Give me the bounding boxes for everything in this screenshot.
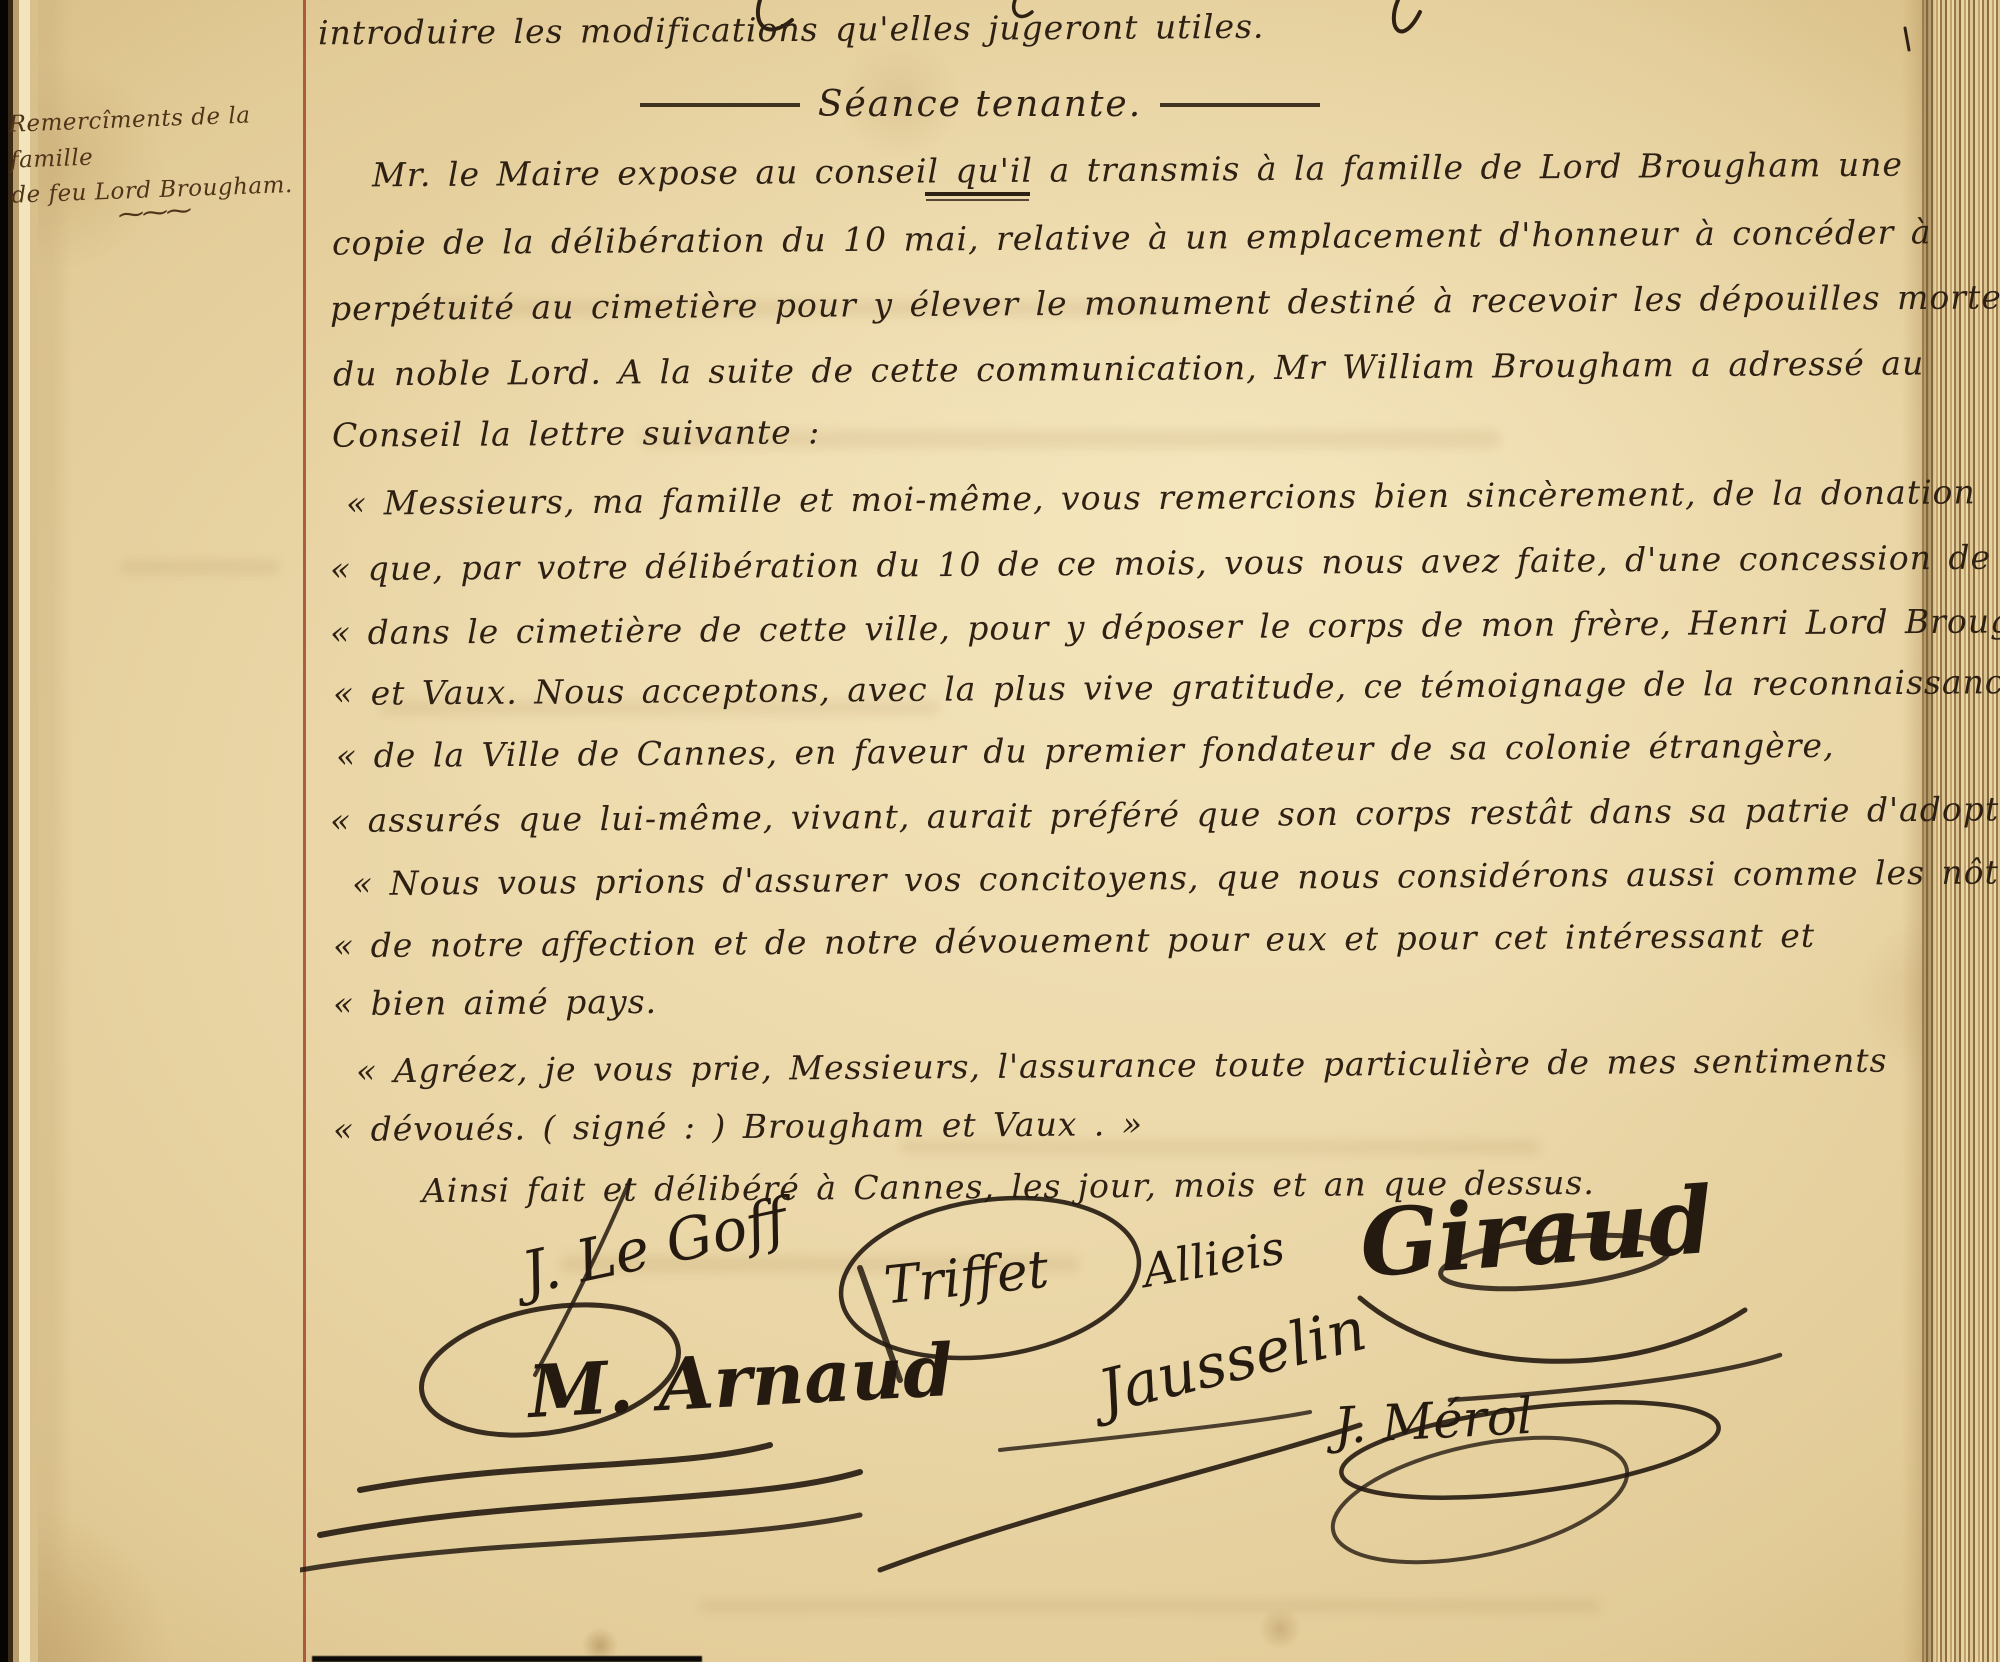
- manuscript-line: perpétuité au cimetière pour y élever le…: [330, 277, 2000, 328]
- book-binding-edge: [0, 0, 72, 1662]
- margin-rule: [303, 0, 306, 1662]
- signature: J. Mérol: [1333, 1387, 1534, 1455]
- signature: Triffet: [881, 1240, 1051, 1317]
- section-heading-label: Séance tenante.: [818, 84, 1142, 125]
- manuscript-line: « dans le cimetière de cette ville, pour…: [330, 601, 2000, 652]
- heading-rule-left: [640, 103, 800, 107]
- manuscript-line: « de la Ville de Cannes, en faveur du pr…: [336, 726, 1835, 775]
- bleed-through-smudge: [120, 560, 280, 574]
- manuscript-line: introduire les modifications qu'elles ju…: [318, 7, 1265, 53]
- margin-note-flourish: ⁓⁓⁓: [117, 196, 191, 231]
- manuscript-line: « assurés que lui-même, vivant, aurait p…: [330, 789, 2000, 840]
- manuscript-line: du noble Lord. A la suite de cette commu…: [333, 343, 1925, 393]
- manuscript-line: « Nous vous prions d'assurer vos concito…: [352, 852, 2000, 903]
- signature: Giraud: [1357, 1166, 1717, 1298]
- manuscript-line: « de notre affection et de notre dévouem…: [333, 916, 1815, 965]
- section-heading: Séance tenante.: [640, 84, 1320, 125]
- manuscript-line: Mr. le Maire expose au conseil qu'il a t…: [372, 145, 1903, 195]
- manuscript-line: « bien aimé pays.: [333, 982, 657, 1023]
- bleed-through-smudge: [700, 1600, 1600, 1612]
- margin-note-line1: Remercîments de la famille: [8, 103, 251, 174]
- manuscript-line: copie de la délibération du 10 mai, rela…: [332, 212, 1932, 262]
- register-page: Remercîments de la famille de feu Lord B…: [0, 0, 2000, 1662]
- book-fore-edge: [1922, 0, 2000, 1662]
- manuscript-line: « Messieurs, ma famille et moi-même, vou…: [346, 472, 1976, 522]
- manuscript-line: Conseil la lettre suivante :: [332, 412, 821, 454]
- manuscript-line: « que, par votre délibération du 10 de c…: [330, 537, 2000, 589]
- signature: Jausselin: [1092, 1294, 1373, 1428]
- manuscript-line: « et Vaux. Nous acceptons, avec la plus …: [333, 662, 2000, 713]
- scan-artifact-line: [312, 1656, 702, 1662]
- heading-underline: [925, 192, 1030, 196]
- heading-rule-right: [1160, 103, 1320, 107]
- signature: Allieis: [1138, 1220, 1288, 1298]
- manuscript-line: « dévoués. ( signé : ) Brougham et Vaux …: [333, 1104, 1143, 1149]
- signature: M. Arnaud: [526, 1327, 955, 1434]
- manuscript-line: « Agréez, je vous prie, Messieurs, l'ass…: [356, 1041, 1888, 1091]
